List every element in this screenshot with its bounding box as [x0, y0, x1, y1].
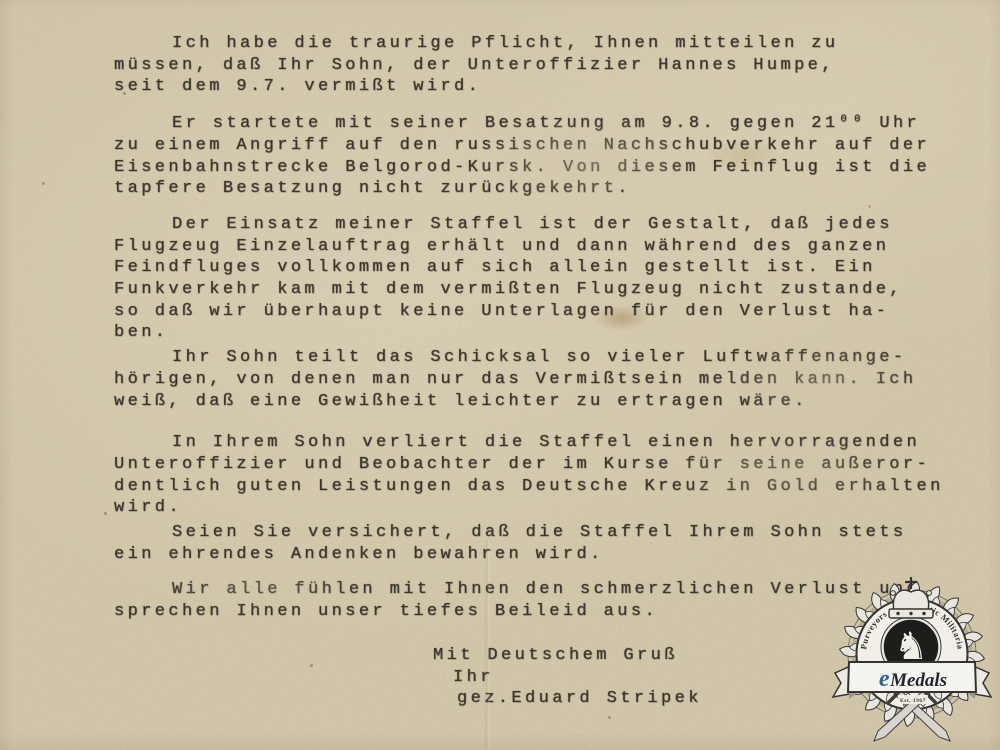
letter-paragraph-1: Ich habe die traurige Pflicht, Ihnen mit… — [114, 33, 976, 98]
letter-paragraph-3: Der Einsatz meiner Staffel ist der Gesta… — [114, 214, 976, 344]
established-date: Est. 1967 — [900, 698, 926, 704]
letter-paragraph-5: In Ihrem Sohn verliert die Staffel einen… — [114, 432, 976, 519]
crown-icon — [889, 577, 933, 618]
letter-paragraph-4: Ihr Sohn teilt das Schicksal so vieler L… — [114, 347, 976, 412]
letter-paragraph-2: Er startete mit seiner Besatzung am 9.8.… — [114, 113, 976, 200]
brand-wordmark: eMedals — [879, 666, 947, 692]
emedals-watermark-logo: Purveyors of Authentic Militaria ♞ — [827, 551, 999, 750]
emedals-emblem: Purveyors of Authentic Militaria ♞ — [827, 551, 999, 750]
letter-scan-page: Ich habe die traurige Pflicht, Ihnen mit… — [0, 0, 1000, 750]
